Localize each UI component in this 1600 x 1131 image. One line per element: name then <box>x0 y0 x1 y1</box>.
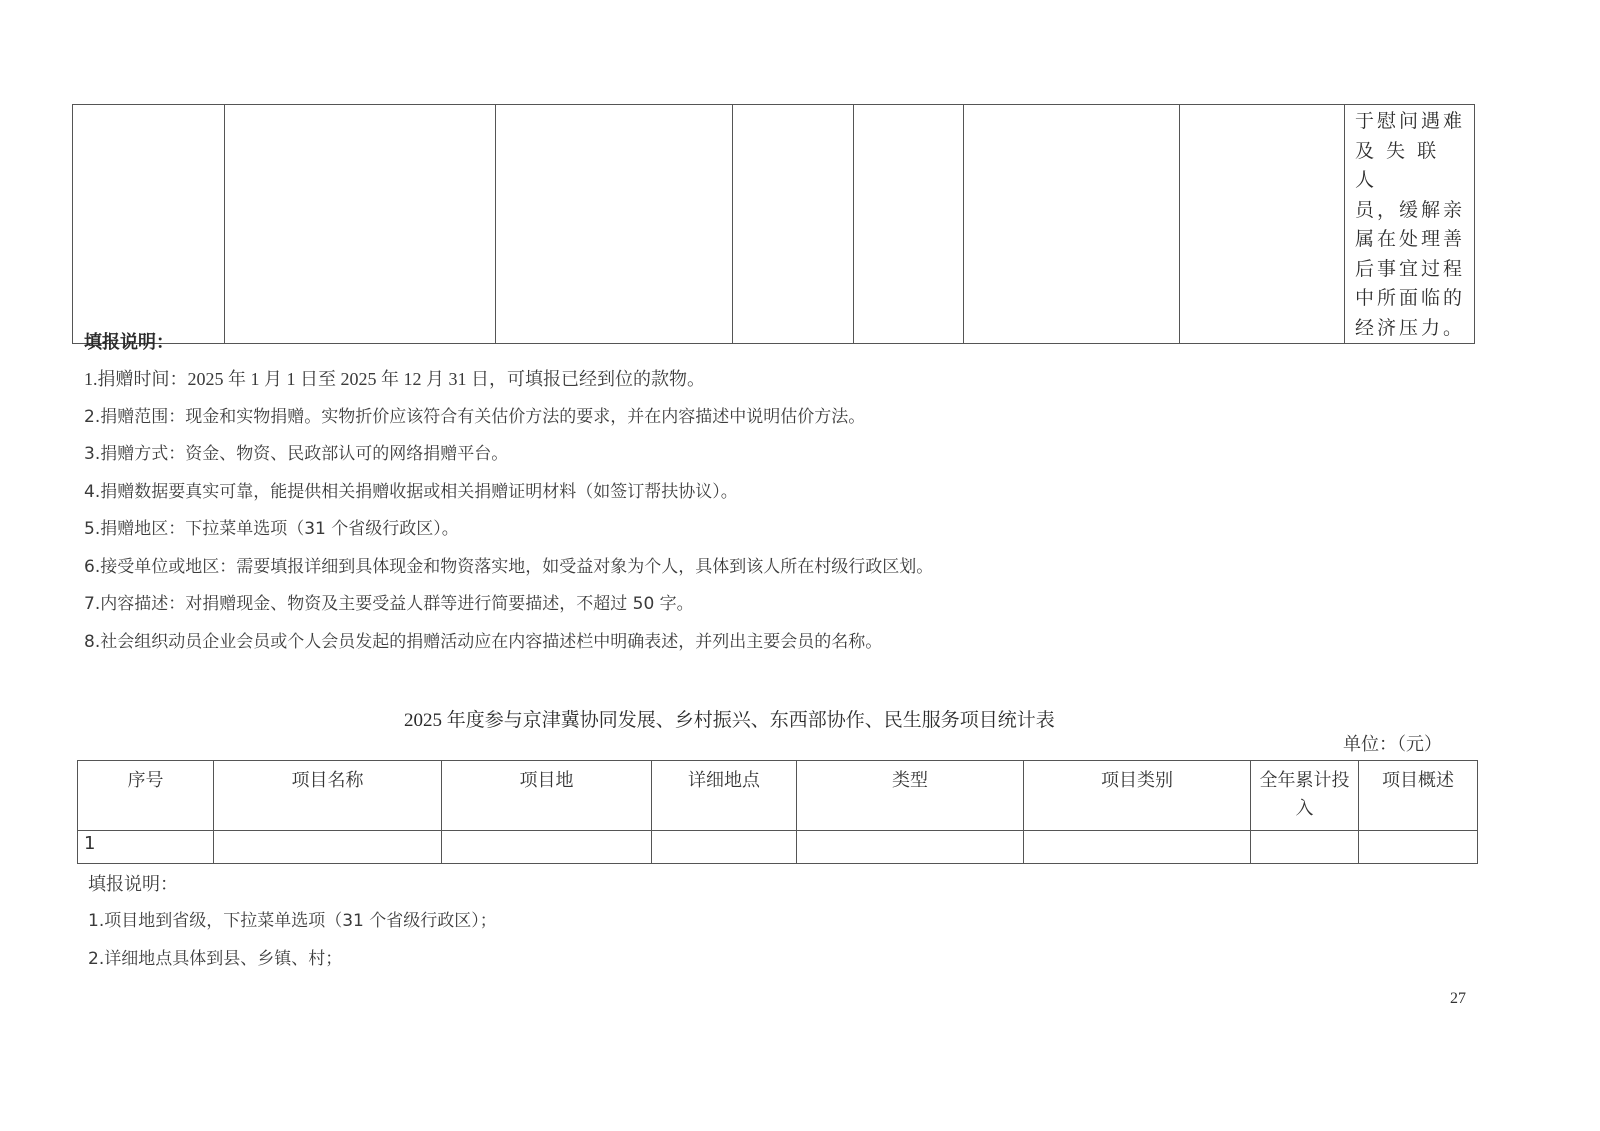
table-cell <box>442 831 652 864</box>
description-line: 于慰问遇难 <box>1355 107 1466 137</box>
notes-title: 填报说明： <box>84 328 1284 354</box>
description-line: 属在处理善 <box>1355 225 1466 255</box>
table-row: 于慰问遇难及 失 联 人员，缓解亲属在处理善后事宜过程中所面临的经济压力。 <box>73 105 1475 344</box>
note-item: 3.捐赠方式：资金、物资、民政部认可的网络捐赠平台。 <box>84 441 1284 479</box>
note-item: 8.社会组织动员企业会员或个人会员发起的捐赠活动应在内容描述栏中明确表述，并列出… <box>84 629 1284 667</box>
column-header: 序号 <box>78 761 214 831</box>
notes-title: 填报说明： <box>88 872 988 908</box>
table-cell <box>1180 105 1345 344</box>
page-number: 27 <box>1450 990 1466 1008</box>
note-item: 1.项目地到省级，下拉菜单选项（31 个省级行政区）； <box>88 908 988 946</box>
filling-instructions-donation: 填报说明： 1.捐赠时间：2025 年 1 月 1 日至 2025 年 12 月… <box>84 328 1284 666</box>
table-cell <box>797 831 1024 864</box>
project-statistics-table: 序号项目名称项目地详细地点类型项目类别全年累计投入项目概述 1 <box>77 760 1478 864</box>
note-item: 5.捐赠地区：下拉菜单选项（31 个省级行政区）。 <box>84 516 1284 554</box>
table-cell <box>1359 831 1478 864</box>
table-cell <box>733 105 854 344</box>
unit-label: 单位：（元） <box>1343 730 1442 756</box>
table-cell <box>214 831 442 864</box>
column-header: 详细地点 <box>652 761 797 831</box>
content-description-cell: 于慰问遇难及 失 联 人员，缓解亲属在处理善后事宜过程中所面临的经济压力。 <box>1345 105 1475 344</box>
column-header: 项目概述 <box>1359 761 1478 831</box>
table-cell <box>225 105 496 344</box>
column-header: 全年累计投入 <box>1251 761 1359 831</box>
table-cell <box>854 105 964 344</box>
filling-instructions-projects: 填报说明： 1.项目地到省级，下拉菜单选项（31 个省级行政区）；2.详细地点具… <box>88 872 988 984</box>
note-item: 6.接受单位或地区：需要填报详细到具体现金和物资落实地，如受益对象为个人，具体到… <box>84 554 1284 592</box>
table-cell <box>496 105 733 344</box>
table-cell <box>1024 831 1251 864</box>
column-header: 项目类别 <box>1024 761 1251 831</box>
note-item: 7.内容描述：对捐赠现金、物资及主要受益人群等进行简要描述，不超过 50 字。 <box>84 591 1284 629</box>
continued-donation-table: 于慰问遇难及 失 联 人员，缓解亲属在处理善后事宜过程中所面临的经济压力。 <box>72 104 1475 344</box>
table-title: 2025 年度参与京津冀协同发展、乡村振兴、东西部协作、民生服务项目统计表 <box>404 705 1055 732</box>
table-cell <box>652 831 797 864</box>
note-item: 2.捐赠范围：现金和实物捐赠。实物折价应该符合有关估价方法的要求，并在内容描述中… <box>84 404 1284 442</box>
note-item: 4.捐赠数据要真实可靠，能提供相关捐赠收据或相关捐赠证明材料（如签订帮扶协议）。 <box>84 479 1284 517</box>
description-line: 中所面临的 <box>1355 284 1466 314</box>
description-line: 及 失 联 人 <box>1355 137 1466 196</box>
table-cell <box>73 105 225 344</box>
table-cell <box>964 105 1180 344</box>
table-header-row: 序号项目名称项目地详细地点类型项目类别全年累计投入项目概述 <box>78 761 1478 831</box>
description-line: 员，缓解亲 <box>1355 196 1466 226</box>
table-cell <box>1251 831 1359 864</box>
column-header: 项目名称 <box>214 761 442 831</box>
note-item: 2.详细地点具体到县、乡镇、村； <box>88 946 988 984</box>
description-line: 经济压力。 <box>1355 314 1466 344</box>
column-header: 项目地 <box>442 761 652 831</box>
table-cell: 1 <box>78 831 214 864</box>
description-line: 后事宜过程 <box>1355 255 1466 285</box>
note-item: 1.捐赠时间：2025 年 1 月 1 日至 2025 年 12 月 31 日，… <box>84 366 1284 404</box>
table-row: 1 <box>78 831 1478 864</box>
column-header: 类型 <box>797 761 1024 831</box>
